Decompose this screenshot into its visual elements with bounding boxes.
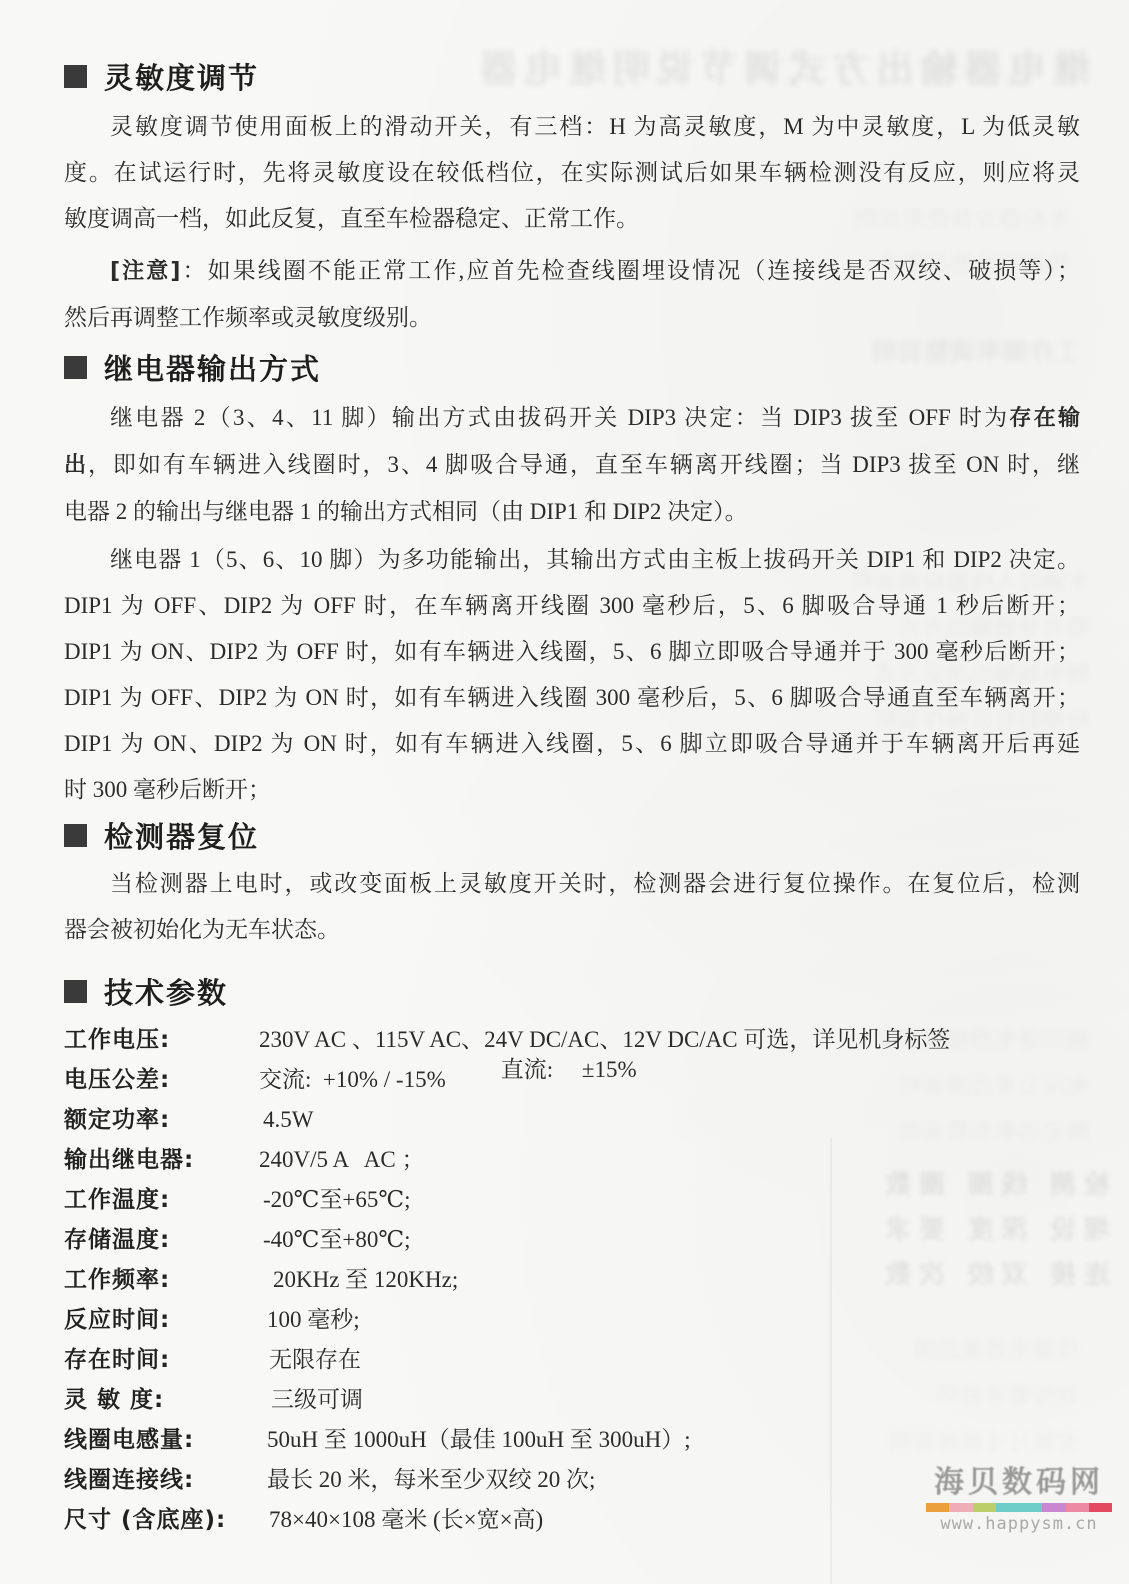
spec-row: 输出继电器:240V/5 A AC ；	[64, 1141, 1080, 1181]
text-line: [注意]：如果线圈不能正常工作,应首先检查线圈埋设情况（连接线是否双绞、破损等）…	[64, 248, 1080, 295]
color-bar-segment	[973, 1503, 996, 1512]
spec-value: 78×40×108 毫米 (长×宽×高)	[269, 1501, 543, 1534]
text-line: 电器 2 的输出与继电器 1 的输出方式相同（由 DIP1 和 DIP2 决定）…	[64, 489, 1080, 535]
spec-value: 230V AC 、115V AC、24V DC/AC、12V DC/AC 可选，…	[259, 1021, 950, 1054]
spec-label: 额定功率:	[64, 1101, 259, 1134]
spec-row: 存储温度:-40℃至+80℃;	[64, 1221, 1080, 1261]
text-line: 出，即如有车辆进入线圈时，3、4 脚吸合导通，直至车辆离开线圈；当 DIP3 拔…	[64, 442, 1080, 489]
spec-label: 输出继电器:	[64, 1141, 259, 1174]
square-bullet-icon	[64, 824, 87, 847]
text-line: DIP1 为 OFF、DIP2 为 ON 时，如有车辆进入线圈 300 毫秒后，…	[64, 675, 1080, 721]
color-bar-segment	[1042, 1503, 1065, 1512]
spec-row: 线圈电感量:50uH 至 1000uH（最佳 100uH 至 300uH）;	[64, 1421, 1080, 1461]
spec-value-secondary: 直流: ±15%	[501, 1051, 637, 1084]
spec-table: 工作电压:230V AC 、115V AC、24V DC/AC、12V DC/A…	[64, 1021, 1080, 1541]
spec-label: 线圈电感量:	[64, 1421, 259, 1454]
text-line: 灵敏度调节使用面板上的滑动开关，有三档：H 为高灵敏度，M 为中灵敏度，L 为低…	[64, 104, 1080, 150]
color-bar-segment	[1089, 1503, 1112, 1512]
spec-label: 尺寸 (含底座):	[64, 1501, 259, 1534]
text-line: 继电器 1（5、6、10 脚）为多功能输出，其输出方式由主板上拔码开关 DIP1…	[64, 537, 1080, 583]
text-line: DIP1 为 ON、DIP2 为 OFF 时，如有车辆进入线圈，5、6 脚立即吸…	[64, 629, 1080, 675]
spec-value: 三级可调	[271, 1381, 363, 1414]
text-line: DIP1 为 ON、DIP2 为 ON 时，如有车辆进入线圈，5、6 脚立即吸合…	[64, 721, 1080, 767]
color-bar-segment	[996, 1503, 1019, 1512]
spec-value: 交流: +10% / -15%	[259, 1061, 446, 1094]
spec-label: 存储温度:	[64, 1221, 259, 1254]
paragraph-note: [注意]：如果线圈不能正常工作,应首先检查线圈埋设情况（连接线是否双绞、破损等）…	[64, 248, 1080, 341]
color-bar-segment	[949, 1503, 972, 1512]
section-heading-relay: 继电器输出方式	[64, 347, 1080, 387]
spec-value: -40℃至+80℃;	[263, 1221, 410, 1254]
text-line: 当检测器上电时，或改变面板上灵敏度开关时，检测器会进行复位操作。在复位后，检测	[64, 861, 1080, 907]
paragraph-reset: 当检测器上电时，或改变面板上灵敏度开关时，检测器会进行复位操作。在复位后，检测器…	[64, 861, 1080, 953]
color-bar-segment	[1066, 1503, 1089, 1512]
square-bullet-icon	[64, 65, 87, 88]
paragraph-relay2: 继电器 2（3、4、11 脚）输出方式由拔码开关 DIP3 决定：当 DIP3 …	[64, 395, 1080, 535]
spec-label: 线圈连接线:	[64, 1461, 259, 1494]
text-line: 然后再调整工作频率或灵敏度级别。	[64, 295, 1080, 341]
spec-value: 最长 20 米，每米至少双绞 20 次;	[267, 1461, 595, 1494]
text-line: DIP1 为 OFF、DIP2 为 OFF 时，在车辆离开线圈 300 毫秒后，…	[64, 583, 1080, 629]
site-watermark: 海贝数码网 www.happysm.cn	[923, 1466, 1115, 1534]
color-bar-segment	[926, 1503, 949, 1512]
section-heading-sensitivity: 灵敏度调节	[64, 56, 1080, 96]
spec-label: 反应时间:	[64, 1301, 259, 1334]
spec-value: 20KHz 至 120KHz;	[273, 1261, 458, 1294]
watermark-site-name: 海贝数码网	[923, 1466, 1115, 1500]
square-bullet-icon	[64, 356, 87, 379]
section-title: 检测器复位	[104, 815, 259, 856]
spec-row: 额定功率:4.5W	[64, 1101, 1080, 1141]
spec-label: 存在时间:	[64, 1341, 259, 1374]
color-bar-segment	[1019, 1503, 1042, 1512]
section-title: 继电器输出方式	[104, 347, 321, 388]
spec-row: 灵 敏 度:三级可调	[64, 1381, 1080, 1421]
section-title: 灵敏度调节	[104, 56, 259, 97]
spec-row: 反应时间:100 毫秒;	[64, 1301, 1080, 1341]
spec-value: 4.5W	[263, 1107, 313, 1133]
spec-value: 无限存在	[269, 1341, 361, 1374]
page-content: 灵敏度调节 灵敏度调节使用面板上的滑动开关，有三档：H 为高灵敏度，M 为中灵敏…	[64, 56, 1080, 1541]
spec-value: 50uH 至 1000uH（最佳 100uH 至 300uH）;	[267, 1421, 691, 1454]
spec-value: 240V/5 A AC ；	[259, 1141, 425, 1174]
spec-value: 100 毫秒;	[267, 1301, 360, 1334]
spec-label: 工作温度:	[64, 1181, 259, 1214]
text-line: 器会被初始化为无车状态。	[64, 907, 1080, 953]
spec-label: 灵 敏 度:	[64, 1381, 259, 1414]
spec-value: -20℃至+65℃;	[263, 1181, 410, 1214]
text-line: 度。在试运行时，先将灵敏度设在较低档位，在实际测试后如果车辆检测没有反应，则应将…	[64, 150, 1080, 196]
section-heading-specs: 技术参数	[64, 971, 1080, 1011]
paragraph-sensitivity: 灵敏度调节使用面板上的滑动开关，有三档：H 为高灵敏度，M 为中灵敏度，L 为低…	[64, 104, 1080, 242]
spec-row: 工作频率:20KHz 至 120KHz;	[64, 1261, 1080, 1301]
scanned-manual-page: 继电器输出方式调节说明继电器 车检器安装使用说明线圈埋设情况要求 工作频率调整说…	[0, 0, 1129, 1584]
square-bullet-icon	[64, 980, 87, 1003]
spec-label: 电压公差:	[64, 1061, 259, 1094]
text-line: 敏度调高一档，如此反复，直至车检器稳定、正常工作。	[64, 196, 1080, 242]
watermark-url: www.happysm.cn	[923, 1514, 1115, 1534]
section-heading-reset: 检测器复位	[64, 815, 1080, 855]
text-line: 时 300 毫秒后断开；	[64, 767, 1080, 813]
spec-label: 工作电压:	[64, 1021, 259, 1054]
section-title: 技术参数	[104, 971, 228, 1012]
spec-row: 工作温度:-20℃至+65℃;	[64, 1181, 1080, 1221]
text-line: 继电器 2（3、4、11 脚）输出方式由拔码开关 DIP3 决定：当 DIP3 …	[64, 395, 1080, 442]
spec-row: 电压公差:交流: +10% / -15%直流: ±15%	[64, 1061, 1080, 1101]
spec-label: 工作频率:	[64, 1261, 259, 1294]
paragraph-relay1: 继电器 1（5、6、10 脚）为多功能输出，其输出方式由主板上拔码开关 DIP1…	[64, 537, 1080, 813]
spec-row: 存在时间:无限存在	[64, 1341, 1080, 1381]
watermark-color-bar	[926, 1503, 1112, 1512]
